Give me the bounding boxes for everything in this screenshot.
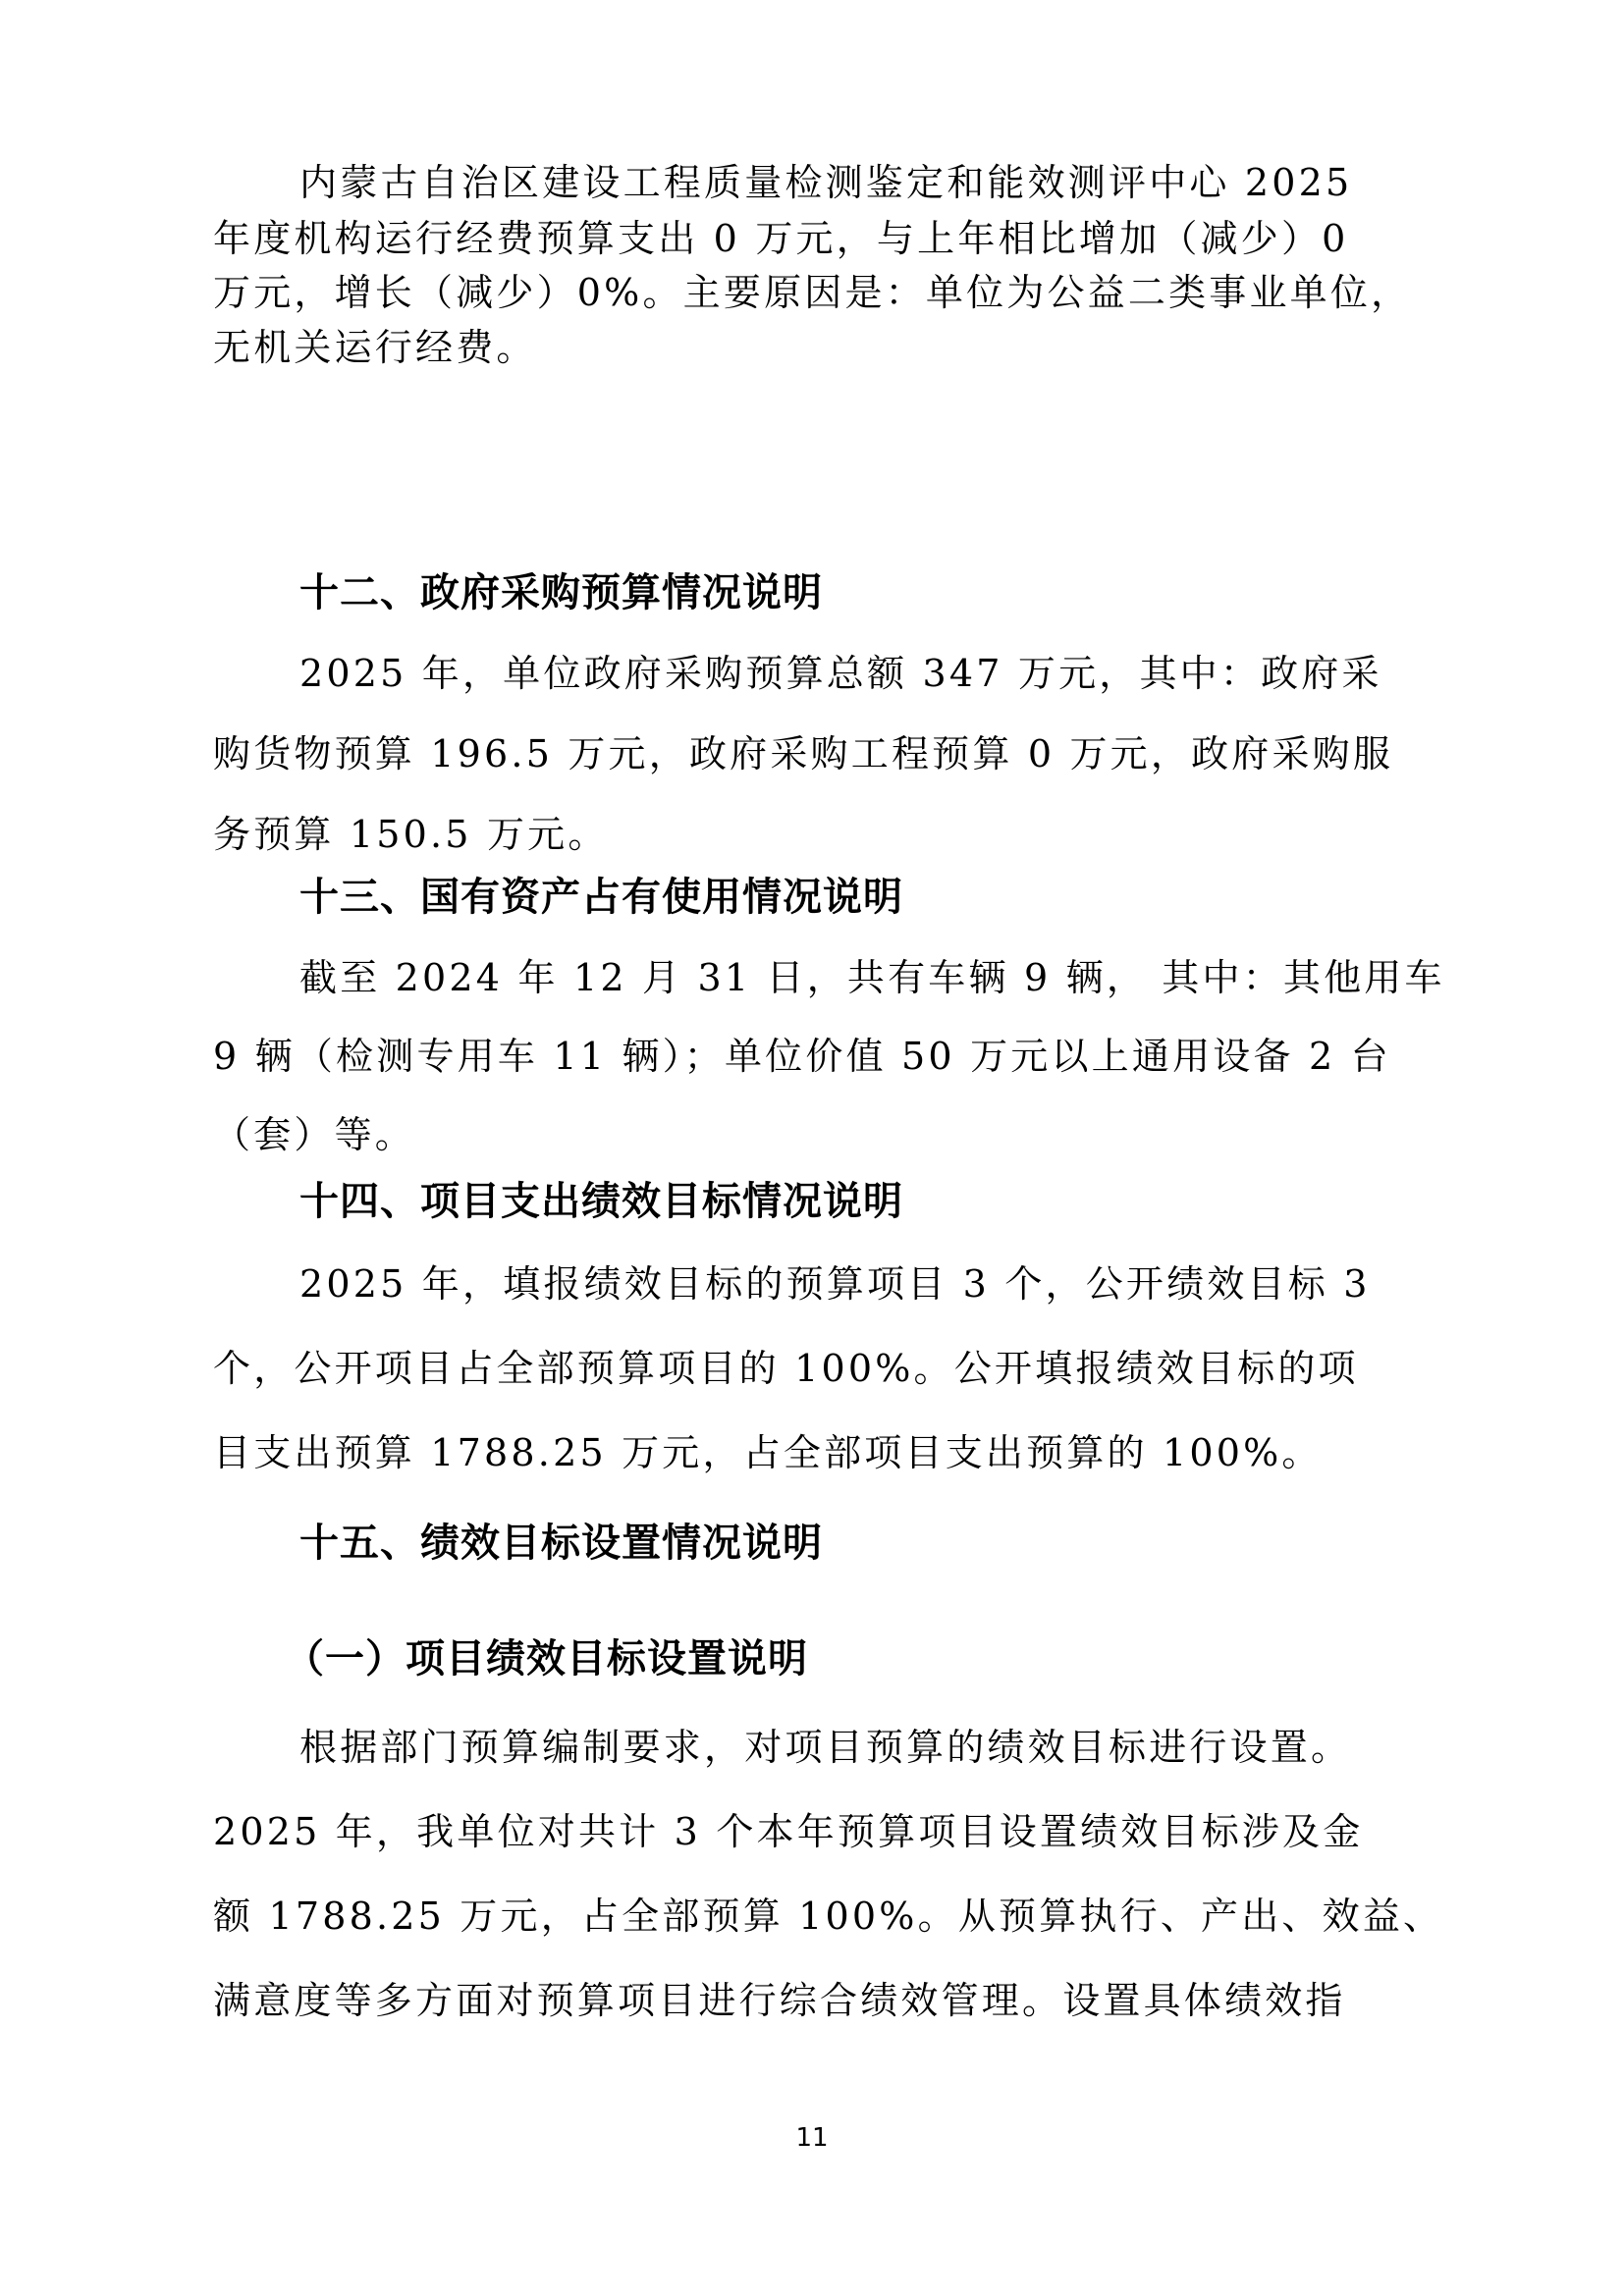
paragraph-line: （套）等。 bbox=[213, 1111, 1427, 1158]
paragraph-line: 9 辆（检测专用车 11 辆）；单位价值 50 万元以上通用设备 2 台 bbox=[213, 1033, 1427, 1080]
paragraph-line: 目支出预算 1788.25 万元，占全部项目支出预算的 100%。 bbox=[213, 1429, 1427, 1476]
paragraph-line: 截至 2024 年 12 月 31 日，共有车辆 9 辆， 其中：其他用车 bbox=[299, 954, 1427, 1001]
paragraph-line: 额 1788.25 万元，占全部预算 100%。从预算执行、产出、效益、 bbox=[213, 1893, 1427, 1940]
paragraph-line: 个，公开项目占全部预算项目的 100%。公开填报绩效目标的项 bbox=[213, 1345, 1427, 1392]
paragraph-line: 根据部门预算编制要求，对项目预算的绩效目标进行设置。 bbox=[299, 1724, 1427, 1771]
paragraph-line: 2025 年，我单位对共计 3 个本年预算项目设置绩效目标涉及金 bbox=[213, 1808, 1427, 1855]
paragraph-line: 年度机构运行经费预算支出 0 万元，与上年相比增加（减少）0 bbox=[213, 215, 1427, 262]
paragraph-line: 内蒙古自治区建设工程质量检测鉴定和能效测评中心 2025 bbox=[299, 159, 1427, 206]
page-number: 11 bbox=[0, 2122, 1624, 2154]
paragraph-line: 满意度等多方面对预算项目进行综合绩效管理。设置具体绩效指 bbox=[213, 1977, 1427, 2024]
section-heading-project-performance-targets: 十四、项目支出绩效目标情况说明 bbox=[299, 1178, 903, 1225]
paragraph-line: 2025 年，填报绩效目标的预算项目 3 个，公开绩效目标 3 bbox=[299, 1260, 1427, 1308]
section-heading-state-assets: 十三、国有资产占有使用情况说明 bbox=[299, 874, 903, 921]
paragraph-line: 务预算 150.5 万元。 bbox=[213, 811, 1427, 858]
document-page: 内蒙古自治区建设工程质量检测鉴定和能效测评中心 2025 年度机构运行经费预算支… bbox=[0, 0, 1624, 2296]
paragraph-line: 2025 年，单位政府采购预算总额 347 万元，其中：政府采 bbox=[299, 650, 1427, 697]
paragraph-line: 无机关运行经费。 bbox=[213, 324, 1427, 371]
section-heading-government-procurement: 十二、政府采购预算情况说明 bbox=[299, 569, 823, 616]
subsection-heading-project-targets: （一）项目绩效目标设置说明 bbox=[285, 1635, 808, 1682]
paragraph-line: 购货物预算 196.5 万元，政府采购工程预算 0 万元，政府采购服 bbox=[213, 730, 1427, 777]
section-heading-performance-target-setting: 十五、绩效目标设置情况说明 bbox=[299, 1520, 823, 1567]
paragraph-line: 万元，增长（减少）0%。主要原因是：单位为公益二类事业单位， bbox=[213, 269, 1427, 316]
